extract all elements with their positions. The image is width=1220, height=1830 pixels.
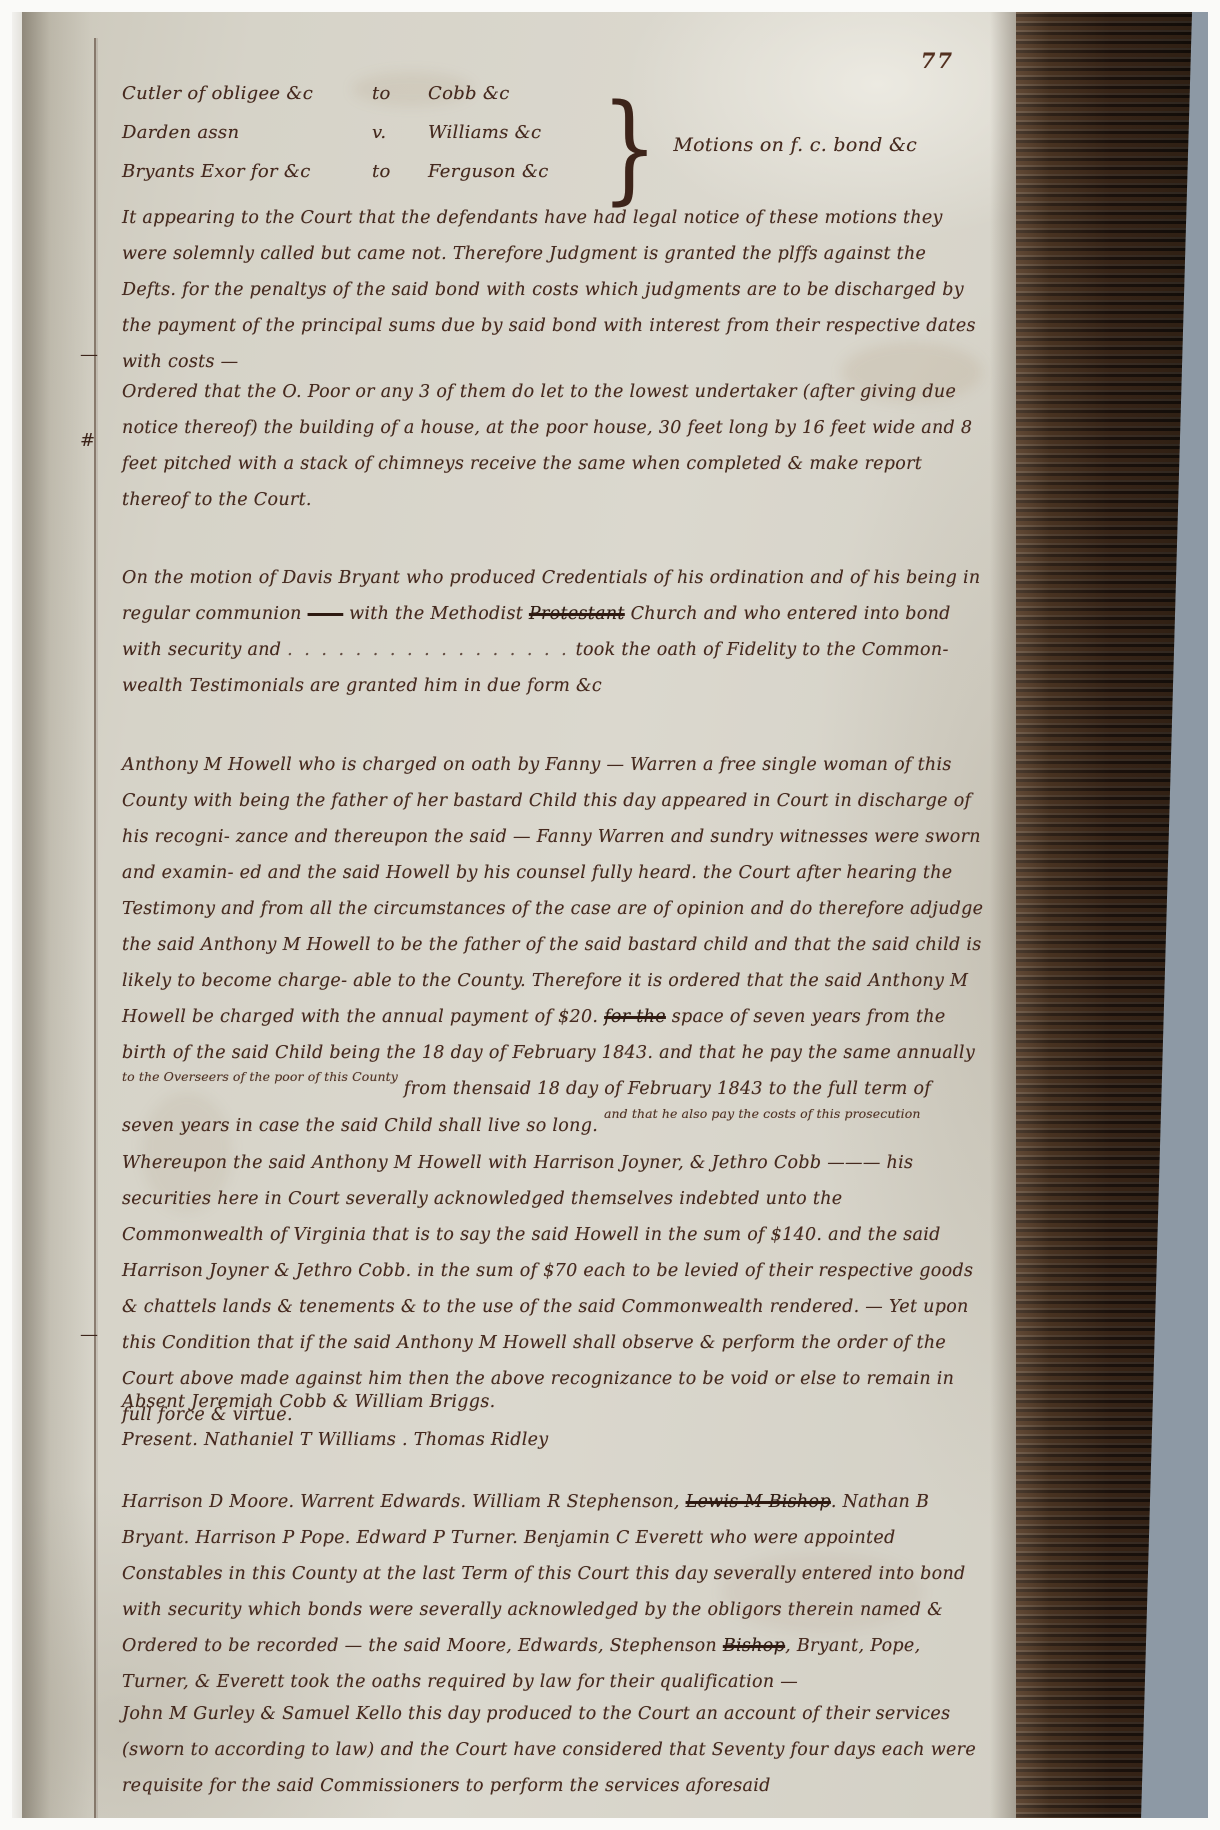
- page-curl-shadow: [990, 12, 1016, 1818]
- manuscript-page: 77 — # — Cutler of obligee &c to Cobb &c…: [22, 12, 1016, 1818]
- text-segment-strike: ——: [308, 604, 344, 624]
- case-caption-row: Darden assn v. Williams &c: [122, 113, 592, 152]
- text-segment-strike: Bishop: [723, 1636, 785, 1656]
- text-segment-interlined: to the Overseers of the poor of this Cou…: [122, 1069, 398, 1084]
- entry-constables-bonds: Harrison D Moore. Warrent Edwards. Willi…: [122, 1484, 984, 1700]
- text-segment-interlined: and that he also pay the costs of this p…: [604, 1106, 921, 1121]
- caption-brace: }: [601, 74, 658, 206]
- text-segment: with the Methodist: [343, 604, 529, 624]
- screenshot-root: 77 — # — Cutler of obligee &c to Cobb &c…: [0, 0, 1220, 1830]
- caption-note: Motions on f. c. bond &c: [673, 124, 917, 156]
- case-caption-row: Bryants Exor for &c to Ferguson &c: [122, 152, 592, 191]
- case-connector: v.: [372, 113, 428, 152]
- case-party-right: Cobb &c: [428, 74, 592, 113]
- entry-present-justices: Present. Nathaniel T Williams . Thomas R…: [122, 1422, 984, 1458]
- case-caption-row: Cutler of obligee &c to Cobb &c: [122, 74, 592, 113]
- case-party-left: Cutler of obligee &c: [122, 74, 372, 113]
- text-segment: Anthony M Howell who is charged on oath …: [122, 755, 989, 1027]
- case-party-right: Williams &c: [428, 113, 592, 152]
- page-number: 77: [921, 48, 954, 73]
- book-fore-edge: [1010, 12, 1192, 1818]
- case-connector: to: [372, 74, 428, 113]
- margin-rule-line: [94, 38, 96, 1818]
- entry-judgment: It appearing to the Court that the defen…: [122, 200, 984, 380]
- margin-mark: —: [80, 1324, 110, 1345]
- text-segment: Whereupon the said Anthony M Howell with…: [122, 1116, 979, 1425]
- entry-absent-justices: Absent Jeremiah Cobb & William Briggs.: [122, 1384, 984, 1420]
- book-photo: 77 — # — Cutler of obligee &c to Cobb &c…: [12, 12, 1208, 1818]
- text-segment: Harrison D Moore. Warrent Edwards. Willi…: [122, 1492, 686, 1512]
- case-caption-block: Cutler of obligee &c to Cobb &c Darden a…: [122, 74, 962, 206]
- text-segment-strike: Lewis M Bishop: [686, 1492, 831, 1512]
- entry-commissioners-account: John M Gurley & Samuel Kello this day pr…: [122, 1696, 984, 1804]
- text-segment-erased: . . . . . . . . . . . . . . . . .: [287, 640, 570, 660]
- entry-ordination: On the motion of Davis Bryant who produc…: [122, 560, 984, 704]
- text-segment-strike: for the: [604, 1007, 666, 1027]
- entry-poor-house-order: Ordered that the O. Poor or any 3 of the…: [122, 374, 984, 518]
- case-connector: to: [372, 152, 428, 191]
- case-caption-list: Cutler of obligee &c to Cobb &c Darden a…: [122, 74, 592, 206]
- page-gutter-shadow: [22, 12, 92, 1818]
- margin-mark: #: [80, 430, 110, 451]
- case-party-left: Darden assn: [122, 113, 372, 152]
- entry-bastardy-recognizance: Anthony M Howell who is charged on oath …: [122, 747, 984, 1433]
- case-party-right: Ferguson &c: [428, 152, 592, 191]
- text-segment: . Nathan B Bryant. Harrison P Pope. Edwa…: [122, 1492, 971, 1656]
- text-segment-strike: Protestant: [529, 604, 625, 624]
- case-party-left: Bryants Exor for &c: [122, 152, 372, 191]
- margin-mark: —: [80, 344, 110, 365]
